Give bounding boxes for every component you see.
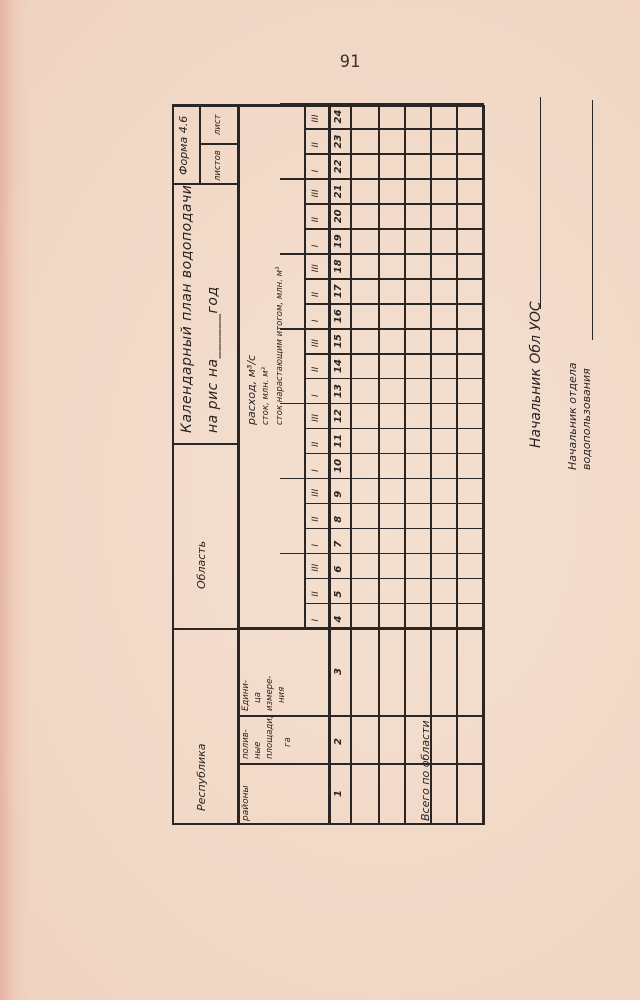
frame-bottom (482, 105, 485, 825)
column-number: 7 (333, 541, 344, 548)
region-label: Область (196, 541, 208, 589)
title-line2: на рис на______год (206, 286, 221, 433)
column-number: 21 (333, 184, 344, 198)
column-number: 23 (333, 135, 344, 149)
decade-label: II (312, 516, 322, 521)
divider-region-title (172, 444, 238, 446)
unit-label-1: Едини- (242, 680, 251, 711)
decade-divider (280, 253, 484, 255)
decade-label: III (312, 264, 322, 272)
decade-divider (280, 104, 484, 106)
decade-label: III (312, 115, 322, 123)
measure-2: сток, млн. м³ (262, 367, 271, 425)
column-number: 12 (333, 409, 344, 423)
unit-label-3: измере- (266, 676, 275, 711)
column-number: 11 (333, 434, 344, 448)
divider-republic-region (172, 629, 238, 631)
dept-chief-signature-line (592, 100, 593, 340)
sheets-label: листов (214, 150, 223, 181)
form-label: Форма 4.6 (178, 116, 190, 175)
decade-label: I (312, 319, 322, 322)
unit-label-2: ца (254, 692, 263, 703)
unit-label-4: ния (278, 687, 287, 703)
decade-row-top (304, 105, 306, 629)
area-label-4: га (284, 737, 293, 747)
decade-label: III (312, 489, 322, 497)
decade-label: II (312, 292, 322, 297)
dept-chief-label-1: Начальник отдела (566, 362, 579, 470)
column-number: 20 (333, 209, 344, 223)
republic-label: Республика (196, 744, 208, 812)
measure-1: расход, м³/с (246, 355, 258, 425)
decade-divider (280, 553, 484, 555)
decade-label: I (312, 245, 322, 248)
column-number: 24 (333, 110, 344, 124)
data-row-line (378, 105, 380, 825)
sheet-label: лист (214, 114, 223, 135)
decade-label: II (312, 142, 322, 147)
dept-chief-label-2: водопользования (580, 368, 593, 470)
measure-3: сток нарастающим итогом, млн. м³ (276, 267, 285, 425)
column-number: 15 (333, 334, 344, 348)
decade-divider (280, 403, 484, 405)
data-col-line (350, 764, 484, 766)
numbers-row-top (350, 105, 352, 825)
header-divider (237, 105, 240, 825)
chief-signature-label: Начальник Обл УОС (528, 301, 544, 448)
decade-divider (280, 478, 484, 480)
decade-label: III (312, 189, 322, 197)
districts-label: районы (242, 785, 252, 821)
calendar-plan-form: Республика Область Календарный план водо… (172, 105, 484, 825)
column-number: 9 (333, 491, 344, 498)
frame-top (172, 105, 174, 825)
title-line1: Календарный план водоподачи (180, 185, 195, 433)
column-number: 1 (333, 790, 344, 797)
decade-divider (280, 628, 484, 630)
decade-label: II (312, 591, 322, 596)
decade-label: III (312, 339, 322, 347)
decade-label: III (312, 564, 322, 572)
decade-label: I (312, 544, 322, 547)
column-number: 13 (333, 384, 344, 398)
column-number: 5 (333, 591, 344, 598)
column-number: 4 (333, 616, 344, 623)
decade-label: III (312, 414, 322, 422)
column-number: 6 (333, 566, 344, 573)
decade-label: I (312, 619, 322, 622)
decade-label: II (312, 217, 322, 222)
col-headers-bottom (328, 105, 331, 825)
decade-label: I (312, 469, 322, 472)
decade-divider (280, 328, 484, 330)
column-number: 18 (333, 259, 344, 273)
decade-label: II (312, 442, 322, 447)
area-label-3: площади, (266, 715, 275, 759)
column-number: 3 (333, 668, 344, 675)
column-number: 14 (333, 359, 344, 373)
data-row-line (456, 105, 458, 825)
decade-label: II (312, 367, 322, 372)
column-number: 22 (333, 159, 344, 173)
area-label-2: ные (254, 742, 263, 760)
decade-label: I (312, 394, 322, 397)
data-row-line (404, 105, 406, 825)
divider-form-sheets (199, 105, 201, 185)
chief-signature-line (540, 97, 541, 309)
column-number: 10 (333, 459, 344, 473)
divider-sheets (199, 144, 238, 146)
decade-divider (280, 178, 484, 180)
column-number: 2 (333, 738, 344, 745)
data-col-line (350, 716, 484, 718)
page-number: 91 (330, 52, 370, 72)
data-row-line (430, 105, 432, 825)
column-number: 19 (333, 234, 344, 248)
area-label-1: полив- (242, 729, 251, 759)
column-number: 16 (333, 309, 344, 323)
decade-label: I (312, 170, 322, 173)
column-number: 8 (333, 516, 344, 523)
column-number: 17 (333, 284, 344, 298)
